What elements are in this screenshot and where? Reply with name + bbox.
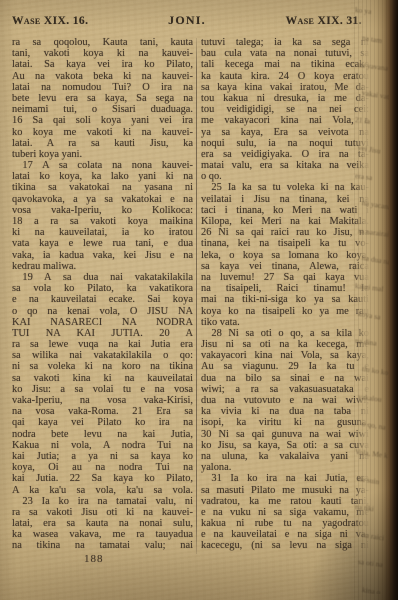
text-line: latai ko koya, ka lako yani ki na <box>12 171 193 182</box>
text-line: e na vuku ni sa siga vakamu, me <box>201 507 369 518</box>
text-line: KAI NASARECI NA NODRA <box>12 317 193 328</box>
text-line: latai na nomudou Tui? O ira na <box>12 82 193 93</box>
text-line: taci i tinana, ko Meri na wati i <box>201 205 369 216</box>
text-line: me vakayacori kina nai Vola, a <box>201 115 369 126</box>
text-line: ra sa vakoti Jisu oti ki na kauvei- <box>12 507 193 518</box>
running-head-right: Wase XIX. 31. <box>286 15 362 27</box>
text-line: kai Jutia; a ya ni sa kaya ko <box>12 451 193 462</box>
text-line: kedrau maliwa. <box>12 261 193 272</box>
text-line: latai. Sa kaya vei ira ko Pilato, <box>12 59 193 70</box>
text-line: tali kecega mai na tikina ecake <box>201 59 369 70</box>
text-line: qai kaya vei Pilato ko ira na <box>12 417 193 428</box>
text-line: 16 Sa qai soli koya yani vei ira <box>12 115 193 126</box>
text-line: 25 Ia ka sa tu voleka ki na kau- <box>201 182 369 193</box>
text-line: dua na vutovuto e na wai wiwi, <box>201 395 369 406</box>
page-number: 188 <box>12 553 265 565</box>
text-line: dua na bilo sa sinai e na wai <box>201 373 369 384</box>
text-line: tutuvi talega; ia ka sa sega ni <box>201 37 369 48</box>
text-line: tuberi koya yani. <box>12 149 193 160</box>
text-line: na vosa vaka-Roma. 21 Era sa <box>12 406 193 417</box>
text-line: ko Jisu, sa kaya, Sa oti: a sa cuva <box>201 440 369 451</box>
text-line: tiko vata. <box>201 317 369 328</box>
text-line: tikina sa vakatokai na yasana ni <box>12 182 193 193</box>
text-line: koya ko na tisaipeli ko ya me rau <box>201 306 369 317</box>
text-line: ra sa qoqolou, Kauta tani, kauta <box>12 37 193 48</box>
text-line: ya sa kaya, Era sa veivota na <box>201 127 369 138</box>
text-line: ra sa lewe vuqa na kai Jutia era <box>12 339 193 350</box>
text-column-right: tutuvi talega; ia ka sa sega nibau cula … <box>201 37 369 552</box>
text-line: tou veidigidigi, se na nei cei: <box>201 104 369 115</box>
text-line: leka, o koya sa lomana ko koya, <box>201 250 369 261</box>
page-header: Wase XIX. 16. JONI. Wase XIX. 31. <box>12 13 362 28</box>
text-line: na tisaipeli, Raici tinamu! Ia <box>201 283 369 294</box>
text-line: 23 Ia ko ira na tamatai valu, ni <box>12 496 193 507</box>
text-line: ka kauta kira. 24 O koya eratou <box>201 71 369 82</box>
text-line: nodra bete levu na kai Jutia, <box>12 429 193 440</box>
text-line: A ka ka'u sa vola, ka'u sa vola. <box>12 485 193 496</box>
text-line: veilatai i Jisu na tinana, kei na <box>201 194 369 205</box>
running-head-left: Wase XIX. 16. <box>12 15 88 27</box>
text-line: sa kaya kina vakai iratou, Me da- <box>201 82 369 93</box>
text-line: na uluna, ka vakalaiva yani na <box>201 451 369 462</box>
text-line: yalona. <box>201 462 369 473</box>
edge-text-fragment: sa oti na <box>358 558 389 570</box>
text-line: tani, vakoti koya ki na kauvei- <box>12 48 193 59</box>
text-line: vaka-Iperiu, na vosa vaka-Kirisi, <box>12 395 193 406</box>
text-line: na luvemu! 27 Sa qai kaya vua <box>201 272 369 283</box>
text-line: e na kauveilatai e na siga ni va- <box>201 529 369 540</box>
text-line: noqui sulu, ia na noqui tutuvi <box>201 138 369 149</box>
text-line: bete levu era sa kaya, Sa sega na <box>12 93 193 104</box>
text-line: vakayacori kina nai Vola, sa kaya, <box>201 350 369 361</box>
text-line: 30 Ni sa qai gunuva na wai wiwi <box>201 429 369 440</box>
text-line: 17 A sa colata na nona kauvei- <box>12 160 193 171</box>
text-line: kai Jutia. 22 Sa kaya ko Pilato, <box>12 473 193 484</box>
text-line: Au sa viagunu. 29 Ia ka tu e <box>201 361 369 372</box>
text-line: mai na tiki-ni-siga ko ya sa kauti <box>201 294 369 305</box>
text-line: 26 Ni sa qai raici rau ko Jisu, na <box>201 227 369 238</box>
text-line: ka wasea vakava, me ra tauyadua <box>12 529 193 540</box>
text-line: sa wilika nai vakatakilakila o qo: <box>12 350 193 361</box>
text-line: vosa vaka-Iperiu, ko Kolikoca: <box>12 205 193 216</box>
text-line: koya, Oi au na nodra Tui na <box>12 462 193 473</box>
text-line: 31 Ia ko ira na kai Jutia, era <box>201 473 369 484</box>
text-column-left: ra sa qoqolou, Kauta tani, kautatani, va… <box>12 37 193 552</box>
text-line: isopi, ka viritu ki na gusuna. <box>201 417 369 428</box>
text-line: sa kaya vei tinana, Alewa, raica <box>201 261 369 272</box>
text-line: Jisu ni sa oti na ka kecega, me <box>201 339 369 350</box>
text-line: e na kauveilatai ecake. Sai koya <box>12 294 193 305</box>
text-line: sa vakoti kina ki na kauveilatai <box>12 373 193 384</box>
text-line: o qo. <box>201 171 369 182</box>
text-line: kacecegu, (ni sa levu na siga ni <box>201 540 369 551</box>
edge-text-fragment: kina o <box>361 586 389 594</box>
text-line: 28 Ni sa oti o qo, a sa kila ko <box>201 328 369 339</box>
text-line: qavokavoka, a ya sa vakatokai e na <box>12 194 193 205</box>
text-line: o qo na kenai vola, O JISU NA <box>12 306 193 317</box>
text-line: 19 A sa dua nai vakatakilakila <box>12 272 193 283</box>
text-line: bau cula vata na nonai tutuvi, sa <box>201 48 369 59</box>
text-line: ni sa voleka ki na koro na tikina <box>12 361 193 372</box>
text-line: vadratou, ka me ratou kauti tani, <box>201 496 369 507</box>
text-line: sa masuti Pilato me musuki na ya- <box>201 485 369 496</box>
text-line: latai, era sa kauta na nonai sulu, <box>12 518 193 529</box>
text-line: ki na kauveilatai, ia ko iratou <box>12 227 193 238</box>
text-line: TUI NA KAI JUTIA. 20 A <box>12 328 193 339</box>
text-line: wiwi; a ra sa vakasuasuataka e <box>201 384 369 395</box>
text-line: ka vivia ki na dua na taba ni <box>201 406 369 417</box>
text-line: Au na vakota beka ki na kauvei- <box>12 71 193 82</box>
text-line: sa vola ko Pilato, ka vakatikora <box>12 283 193 294</box>
text-line: vaka, ia kadua vaka, kei Jisu e na <box>12 250 193 261</box>
text-line: ko koya me vakoti ki na kauvei- <box>12 127 193 138</box>
text-line: latai. A ra sa kauti Jisu, ka <box>12 138 193 149</box>
text-line: Kilopa, kei Meri na kai Makitala. <box>201 216 369 227</box>
text-line: matai valu, era sa kitaka na veika <box>201 160 369 171</box>
text-line: neimami tui, o Sisari duaduaga. <box>12 104 193 115</box>
book-title: JONI. <box>168 13 206 28</box>
text-line: vata kaya e lewe rua tani, e dua <box>12 238 193 249</box>
text-line: kakua ni rube tu na yagodratou <box>201 518 369 529</box>
text-line: tou kakua ni dresuka, ia me da- <box>201 93 369 104</box>
text-line: tinana, kei na tisaipeli ka tu vo- <box>201 238 369 249</box>
column-divider-rule <box>196 38 197 554</box>
text-line: Kakua ni vola, A nodra Tui na <box>12 440 193 451</box>
scanned-book-page: Wase XIX. 16. JONI. Wase XIX. 31. ra sa … <box>0 0 398 600</box>
text-line: na tikina na tamatai valu; nai <box>12 540 193 551</box>
text-line: ko Jisu: a sa volai tu e na vosa <box>12 384 193 395</box>
text-line: 18 a ra sa vakoti koya maikina <box>12 216 193 227</box>
text-line: era sa veidigiyaka. O ira na ta- <box>201 149 369 160</box>
